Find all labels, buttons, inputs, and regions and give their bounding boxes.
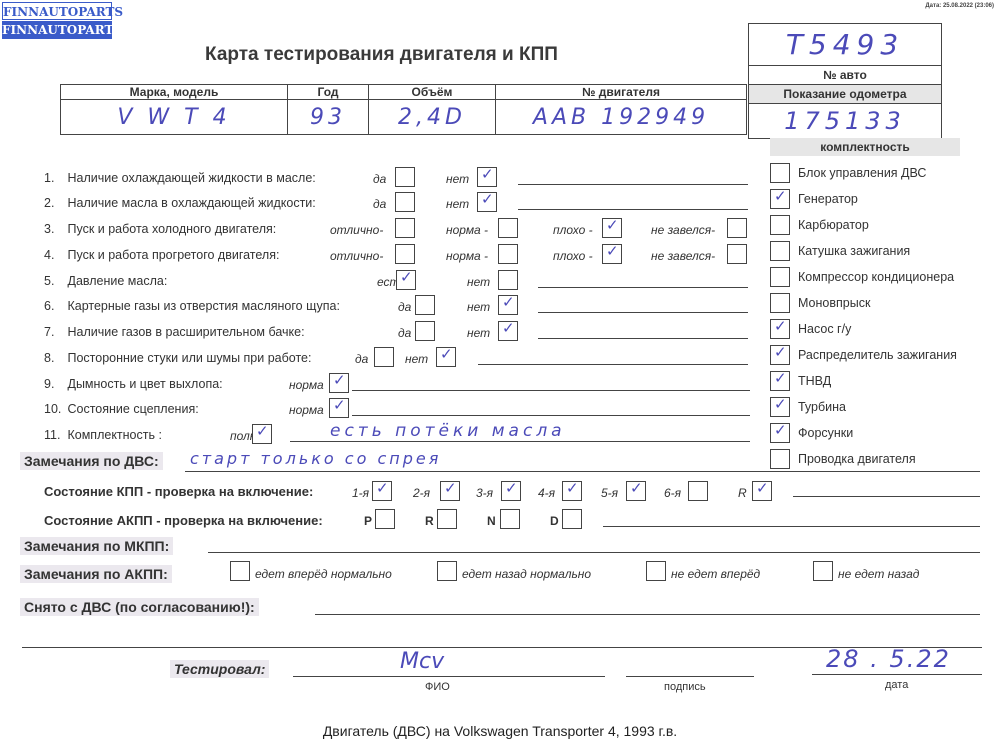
question-row: 9. Дымность и цвет выхлопа:: [44, 377, 223, 391]
check-mark-icon: ✓: [376, 479, 389, 497]
question-text: Посторонние стуки или шумы при работе:: [64, 351, 311, 365]
check-mark-icon: ✓: [756, 479, 769, 497]
question-number: 2.: [44, 196, 64, 210]
auto-remark-label: не едет вперёд: [671, 567, 760, 581]
gear-label: 4-я: [538, 486, 555, 500]
gear-label: R: [738, 486, 747, 500]
vehicle-info-table: Марка, модель Год Объём № двигателя V W …: [60, 84, 747, 135]
check-mark-icon: ✓: [481, 165, 494, 183]
option-label: нет: [467, 300, 490, 314]
check-mark-icon: ✓: [630, 479, 643, 497]
completeness-item-label: ТНВД: [798, 374, 831, 388]
answer-line[interactable]: [352, 390, 750, 391]
option-checkbox[interactable]: [395, 167, 415, 187]
remarks-manual-line[interactable]: [208, 552, 980, 553]
gear-label: 2-я: [413, 486, 430, 500]
option-checkbox[interactable]: ✓: [396, 270, 416, 290]
option-checkbox[interactable]: ✓: [477, 192, 497, 212]
completeness-checkbox[interactable]: [770, 449, 790, 469]
check-mark-icon: ✓: [606, 216, 619, 234]
check-mark-icon: ✓: [774, 395, 787, 413]
tested-by-label: Тестировал:: [170, 660, 269, 678]
answer-line[interactable]: [518, 184, 748, 185]
option-checkbox[interactable]: ✓: [602, 218, 622, 238]
signature-caption: подпись: [664, 681, 706, 693]
option-label: не завелся-: [651, 249, 715, 263]
completeness-item-label: Блок управления ДВС: [798, 166, 926, 180]
option-label: нет: [467, 275, 490, 289]
manual-gearbox-line: [793, 496, 980, 497]
auto-info-box: T5493 № авто Показание одометра 175133: [748, 23, 942, 139]
answer-line[interactable]: [478, 364, 748, 365]
auto-number-label: № авто: [749, 65, 941, 84]
completeness-checkbox[interactable]: [770, 267, 790, 287]
check-mark-icon: ✓: [481, 190, 494, 208]
date-line: [812, 674, 982, 675]
option-checkbox[interactable]: ✓: [329, 398, 349, 418]
check-mark-icon: ✓: [774, 317, 787, 335]
completeness-checkbox[interactable]: [770, 241, 790, 261]
name-line: [293, 676, 605, 677]
question-row: 6. Картерные газы из отверстия масляного…: [44, 299, 340, 313]
completeness-item-label: Проводка двигателя: [798, 452, 916, 466]
image-caption: Двигатель (ДВС) на Volkswagen Transporte…: [0, 723, 1000, 739]
option-checkbox[interactable]: [374, 347, 394, 367]
auto-remark-checkbox[interactable]: [646, 561, 666, 581]
question-text: Наличие охлаждающей жидкости в масле:: [64, 171, 316, 185]
gear-checkbox[interactable]: ✓: [501, 481, 521, 501]
check-mark-icon: ✓: [400, 268, 413, 286]
auto-remark-checkbox[interactable]: [437, 561, 457, 581]
completeness-item-label: Распределитель зажигания: [798, 348, 957, 362]
question-text: Комплектность :: [64, 428, 162, 442]
question-row: 1. Наличие охлаждающей жидкости в масле:: [44, 171, 316, 185]
option-checkbox[interactable]: ✓: [329, 373, 349, 393]
question-text: Пуск и работа холодного двигателя:: [64, 222, 276, 236]
option-label: норма -: [446, 223, 488, 237]
completeness-checkbox[interactable]: ✓: [770, 189, 790, 209]
answer-line[interactable]: [352, 415, 750, 416]
completeness-item-label: Насос г/у: [798, 322, 851, 336]
option-label: отлично-: [330, 249, 383, 263]
gear-label: 1-я: [352, 486, 369, 500]
option-checkbox[interactable]: [727, 244, 747, 264]
gear-label: 3-я: [476, 486, 493, 500]
option-checkbox[interactable]: [395, 244, 415, 264]
check-mark-icon: ✓: [333, 371, 346, 389]
completeness-item-label: Компрессор кондиционера: [798, 270, 954, 284]
date-stamp: Дата: 25.08.2022 (23:06): [925, 3, 994, 9]
option-label: нет: [467, 326, 490, 340]
gear-label: R: [425, 514, 434, 528]
gear-checkbox[interactable]: ✓: [372, 481, 392, 501]
column-header-year: Год: [288, 85, 369, 100]
question-number: 8.: [44, 351, 64, 365]
odometer-label: Показание одометра: [749, 84, 941, 103]
question-number: 7.: [44, 325, 64, 339]
option-label: плохо -: [553, 249, 593, 263]
option-label: да: [398, 300, 411, 314]
option-label: плохо -: [553, 223, 593, 237]
watermark-logo-bottom: FINNAUTOPARTS: [2, 21, 112, 39]
check-mark-icon: ✓: [774, 187, 787, 205]
make-model-value[interactable]: V W T 4: [61, 100, 288, 135]
watermark-logo-top: FINNAUTOPARTS: [2, 2, 112, 20]
check-mark-icon: ✓: [774, 369, 787, 387]
odometer-value[interactable]: 175133: [749, 103, 941, 138]
column-header-engine-number: № двигателя: [496, 85, 747, 100]
completeness-checkbox[interactable]: [770, 293, 790, 313]
page-title: Карта тестирования двигателя и КПП: [205, 44, 558, 66]
question-text: Наличие газов в расширительном бачке:: [64, 325, 305, 339]
check-mark-icon: ✓: [566, 479, 579, 497]
question-text: Состояние сцепления:: [64, 402, 199, 416]
completeness-note-value: есть потёки масла: [330, 421, 566, 441]
completeness-item-label: Генератор: [798, 192, 858, 206]
removed-line[interactable]: [315, 614, 980, 615]
name-caption: ФИО: [425, 681, 450, 693]
check-mark-icon: ✓: [606, 242, 619, 260]
option-label: норма: [289, 403, 324, 417]
completeness-checkbox[interactable]: ✓: [770, 397, 790, 417]
auto-remark-label: едет вперёд нормально: [255, 567, 392, 581]
gear-label: D: [550, 514, 559, 528]
check-mark-icon: ✓: [502, 319, 515, 337]
gear-label: N: [487, 514, 496, 528]
manual-gearbox-label: Состояние КПП - проверка на включение:: [44, 484, 313, 499]
option-label: да: [355, 352, 368, 366]
auto-gearbox-line: [603, 526, 980, 527]
option-checkbox[interactable]: ✓: [498, 295, 518, 315]
date-caption: дата: [885, 679, 908, 691]
auto-remark-label: не едет назад: [838, 567, 919, 581]
option-checkbox[interactable]: ✓: [252, 424, 272, 444]
option-checkbox[interactable]: [415, 321, 435, 341]
option-checkbox[interactable]: [727, 218, 747, 238]
question-row: 11. Комплектность :: [44, 428, 162, 442]
option-label: нет: [446, 197, 469, 211]
check-mark-icon: ✓: [505, 479, 518, 497]
remarks-engine-line: [185, 471, 980, 472]
question-row: 8. Посторонние стуки или шумы при работе…: [44, 351, 311, 365]
question-text: Дымность и цвет выхлопа:: [64, 377, 223, 391]
year-value[interactable]: 93: [288, 100, 369, 135]
test-date-value[interactable]: 28 . 5.22: [826, 645, 951, 673]
option-label: да: [398, 326, 411, 340]
check-mark-icon: ✓: [444, 479, 457, 497]
check-mark-icon: ✓: [440, 345, 453, 363]
completeness-checkbox[interactable]: ✓: [770, 345, 790, 365]
option-checkbox[interactable]: ✓: [498, 321, 518, 341]
completeness-checkbox[interactable]: [770, 163, 790, 183]
check-mark-icon: ✓: [774, 343, 787, 361]
question-text: Наличие масла в охлаждающей жидкости:: [64, 196, 316, 210]
answer-line[interactable]: [538, 287, 748, 288]
option-checkbox[interactable]: ✓: [602, 244, 622, 264]
gear-checkbox[interactable]: [562, 509, 582, 529]
option-checkbox[interactable]: [395, 218, 415, 238]
option-label: да: [373, 172, 386, 186]
question-row: 10. Состояние сцепления:: [44, 402, 199, 416]
question-number: 9.: [44, 377, 64, 391]
completeness-checkbox[interactable]: ✓: [770, 423, 790, 443]
option-checkbox[interactable]: [498, 218, 518, 238]
remarks-engine-value[interactable]: старт только со спрея: [190, 449, 441, 468]
completeness-item-label: Карбюратор: [798, 218, 869, 232]
auto-remark-checkbox[interactable]: [813, 561, 833, 581]
auto-gearbox-label: Состояние АКПП - проверка на включение:: [44, 513, 323, 528]
gear-checkbox[interactable]: [500, 509, 520, 529]
gear-label: 5-я: [601, 486, 618, 500]
question-row: 3. Пуск и работа холодного двигателя:: [44, 222, 276, 236]
option-checkbox[interactable]: ✓: [436, 347, 456, 367]
engine-number-value[interactable]: AAB 192949: [496, 100, 747, 135]
gear-checkbox[interactable]: [375, 509, 395, 529]
question-number: 3.: [44, 222, 64, 236]
completeness-item-label: Форсунки: [798, 426, 853, 440]
option-checkbox[interactable]: ✓: [477, 167, 497, 187]
check-mark-icon: ✓: [333, 396, 346, 414]
completeness-checkbox[interactable]: [770, 215, 790, 235]
check-mark-icon: ✓: [774, 421, 787, 439]
question-number: 6.: [44, 299, 64, 313]
completeness-checkbox[interactable]: ✓: [770, 319, 790, 339]
gear-checkbox[interactable]: ✓: [752, 481, 772, 501]
gear-checkbox[interactable]: [688, 481, 708, 501]
completeness-checkbox[interactable]: ✓: [770, 371, 790, 391]
option-checkbox[interactable]: [415, 295, 435, 315]
auto-remark-label: едет назад нормально: [462, 567, 591, 581]
auto-number-value[interactable]: T5493: [749, 24, 941, 65]
remarks-manual-label: Замечания по МКПП:: [20, 537, 173, 555]
gear-label: P: [364, 514, 372, 528]
answer-line[interactable]: [538, 338, 748, 339]
option-label: норма -: [446, 249, 488, 263]
auto-remark-checkbox[interactable]: [230, 561, 250, 581]
option-checkbox[interactable]: [395, 192, 415, 212]
completeness-header: комплектность: [770, 138, 960, 156]
remarks-engine-label: Замечания по ДВС:: [20, 452, 163, 470]
option-label: не завелся-: [651, 223, 715, 237]
question-number: 10.: [44, 402, 64, 416]
column-header-make-model: Марка, модель: [61, 85, 288, 100]
gear-checkbox[interactable]: ✓: [440, 481, 460, 501]
completeness-item-label: Катушка зажигания: [798, 244, 910, 258]
tester-name-value[interactable]: Mcv: [400, 649, 444, 674]
check-mark-icon: ✓: [256, 422, 269, 440]
check-mark-icon: ✓: [502, 293, 515, 311]
completeness-item-label: Турбина: [798, 400, 846, 414]
completeness-item-label: Моновпрыск: [798, 296, 870, 310]
gear-checkbox[interactable]: [437, 509, 457, 529]
gear-label: 6-я: [664, 486, 681, 500]
question-text: Давление масла:: [64, 274, 167, 288]
volume-value[interactable]: 2,4D: [369, 100, 496, 135]
answer-line[interactable]: [518, 209, 748, 210]
option-label: да: [373, 197, 386, 211]
question-row: 2. Наличие масла в охлаждающей жидкости:: [44, 196, 316, 210]
option-label: нет: [405, 352, 428, 366]
question-text: Картерные газы из отверстия масляного щу…: [64, 299, 340, 313]
option-label: норма: [289, 378, 324, 392]
signature-line: [626, 676, 754, 677]
question-number: 11.: [44, 428, 64, 442]
question-row: 7. Наличие газов в расширительном бачке:: [44, 325, 305, 339]
question-number: 4.: [44, 248, 64, 262]
column-header-volume: Объём: [369, 85, 496, 100]
question-row: 5. Давление масла:: [44, 274, 167, 288]
option-label: нет: [446, 172, 469, 186]
gear-checkbox[interactable]: ✓: [562, 481, 582, 501]
remarks-auto-label: Замечания по АКПП:: [20, 565, 172, 583]
option-checkbox[interactable]: [498, 270, 518, 290]
question-row: 4. Пуск и работа прогретого двигателя:: [44, 248, 279, 262]
option-checkbox[interactable]: [498, 244, 518, 264]
gear-checkbox[interactable]: ✓: [626, 481, 646, 501]
removed-label: Снято с ДВС (по согласованию!):: [20, 598, 259, 616]
option-label: отлично-: [330, 223, 383, 237]
question-number: 1.: [44, 171, 64, 185]
question-number: 5.: [44, 274, 64, 288]
question-text: Пуск и работа прогретого двигателя:: [64, 248, 279, 262]
answer-line[interactable]: [290, 441, 750, 442]
answer-line[interactable]: [538, 312, 748, 313]
